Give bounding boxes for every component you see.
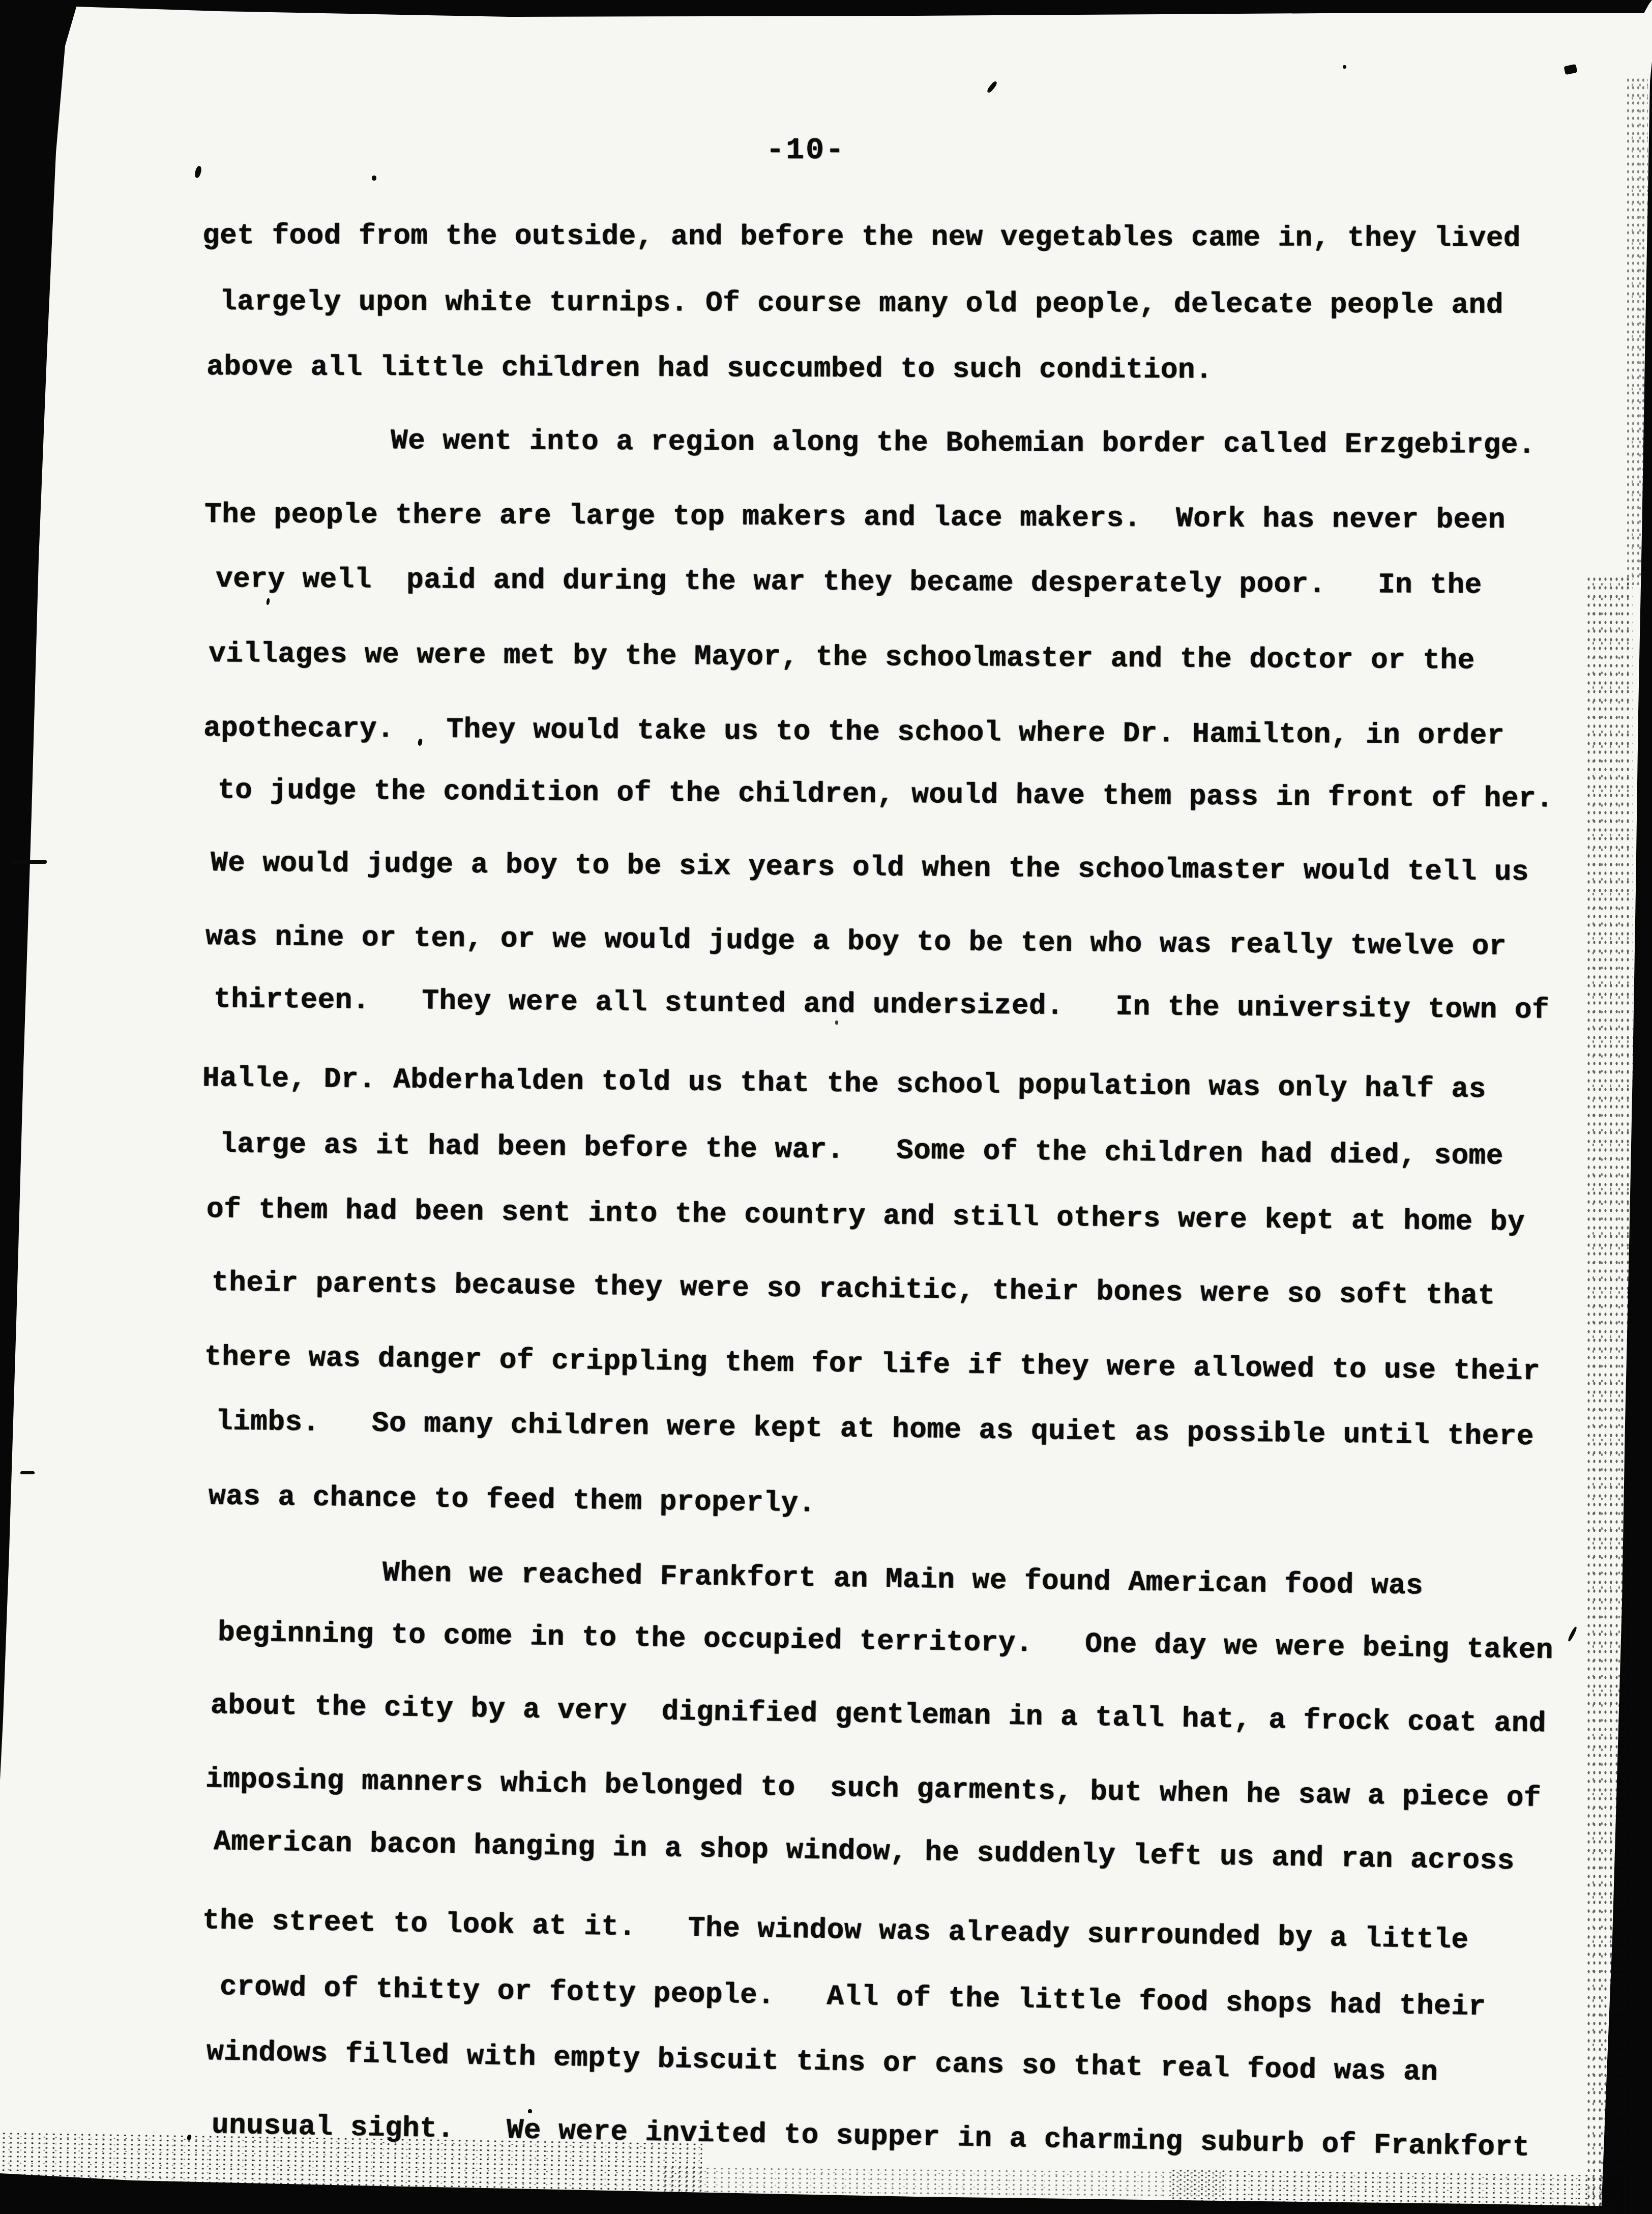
ink-speck [1343,65,1346,69]
text-line: was a chance to feed them properly. [208,1461,1572,1548]
text-line: The people there are large top makers an… [204,479,1568,556]
ink-speck [372,176,376,181]
scan-speckle-right-upper [1626,76,1648,585]
text-line: largely upon white turnips. Of course ma… [220,267,1583,340]
text-line: thirteen. They were all stunted and unde… [213,964,1577,1045]
text-line: We went into a region along the Bohemian… [212,405,1575,480]
ink-speck [194,165,202,179]
text-line: to judge the condition of the children, … [218,755,1581,834]
text-line: about the city by a very dignified gentl… [210,1670,1574,1759]
text-line: very well paid and during the war they b… [216,544,1579,621]
text-line: of them had been sent into the country a… [206,1174,1570,1258]
text-line: above all little children had succumbed … [206,332,1570,406]
document-page: -10- get food from the outside, and befo… [0,0,1652,2214]
text-line: their parents because they were so rachi… [211,1247,1575,1332]
typed-text: get food from the outside, and before th… [202,194,1566,2160]
text-line: We would judge a boy to be six years old… [211,828,1574,908]
scan-speckle-right [1586,575,1633,2214]
ink-speck [1563,64,1577,75]
page-number: -10- [766,133,845,168]
ink-speck [20,1471,35,1474]
ink-speck [12,860,47,864]
ink-speck [986,80,998,94]
text-line: get food from the outside, and before th… [202,200,1566,274]
text-line: villages we were met by the Mayor, the s… [209,619,1572,696]
